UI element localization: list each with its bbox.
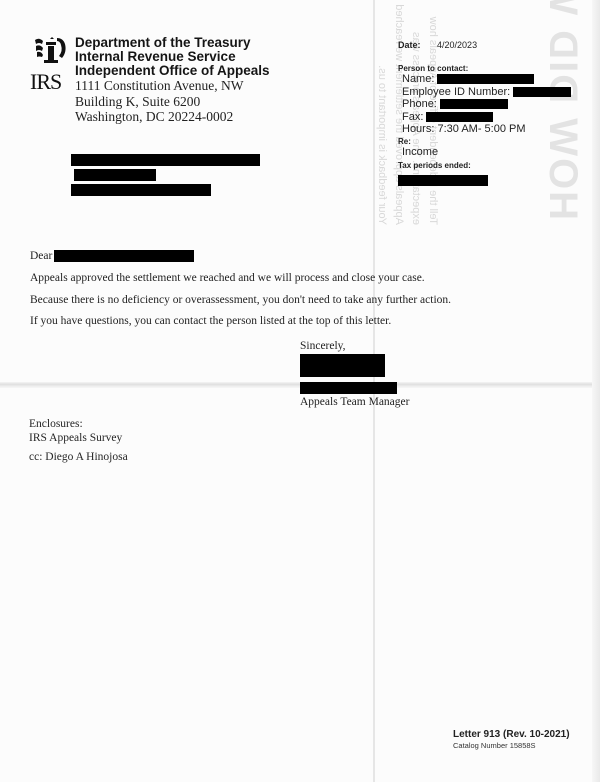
cc-line: cc: Diego A Hinojosa	[29, 450, 128, 464]
date-label: Date:	[398, 40, 421, 50]
redacted-signer-name	[300, 382, 397, 394]
date-value: 4/20/2023	[437, 40, 477, 50]
contact-name-row: Name:	[402, 73, 571, 86]
salutation-text: Dear	[30, 250, 52, 262]
address-line: Building K, Suite 6200	[75, 94, 244, 110]
redacted-recipient-line	[71, 154, 260, 166]
agency-line: Department of the Treasury	[75, 36, 270, 50]
signer-title: Appeals Team Manager	[300, 396, 409, 408]
phone-row: Phone:	[402, 98, 571, 111]
redacted-recipient-line	[74, 169, 156, 181]
paragraph: If you have questions, you can contact t…	[30, 315, 451, 327]
bleed-line: Your feedback is important to us.	[374, 4, 389, 225]
recipient-address	[71, 154, 260, 199]
address-line: 1111 Constitution Avenue, NW	[75, 78, 244, 94]
closing-block: Sincerely, Appeals Team Manager	[300, 340, 409, 408]
letter-page: HOW DID WE DO? Tell the Independent Offi…	[0, 0, 600, 782]
paragraph: Appeals approved the settlement we reach…	[30, 272, 451, 284]
redacted-signature	[300, 354, 385, 377]
phone-label: Phone:	[402, 98, 437, 110]
agency-line: Internal Revenue Service	[75, 50, 270, 64]
salutation: Dear	[30, 250, 451, 262]
fax-row: Fax:	[402, 111, 571, 124]
tax-periods-label: Tax periods ended:	[398, 161, 571, 170]
form-footer: Letter 913 (Rev. 10-2021) Catalog Number…	[453, 729, 570, 750]
employee-id-label: Employee ID Number:	[402, 86, 510, 98]
redacted-tax-periods	[398, 170, 571, 188]
contact-info-box: Date: 4/20/2023 Person to contact: Name:…	[398, 40, 571, 188]
redacted-employee-id	[513, 87, 571, 97]
enclosures-label: Enclosures:	[29, 417, 128, 431]
enclosure-item: IRS Appeals Survey	[29, 431, 128, 445]
form-number: Letter 913 (Rev. 10-2021)	[453, 729, 570, 740]
agency-address: 1111 Constitution Avenue, NW Building K,…	[75, 78, 244, 125]
irs-eagle-icon	[32, 36, 68, 66]
name-label: Name:	[402, 73, 434, 85]
redacted-recipient-line	[71, 184, 211, 196]
re-value: Income	[402, 146, 571, 159]
agency-name: Department of the Treasury Internal Reve…	[75, 36, 270, 78]
redacted-phone	[440, 99, 508, 109]
re-label: Re:	[398, 137, 571, 146]
catalog-number: Catalog Number 15858S	[453, 741, 570, 750]
logo-text: IRS	[30, 72, 70, 92]
closing-text: Sincerely,	[300, 340, 409, 352]
redacted-recipient-name	[54, 250, 194, 262]
redacted-name	[437, 74, 534, 84]
paragraph: Because there is no deficiency or overas…	[30, 294, 451, 306]
scan-edge	[592, 0, 600, 782]
address-line: Washington, DC 20224-0002	[75, 109, 244, 125]
contact-heading: Person to contact:	[398, 64, 571, 73]
hours-row: Hours: 7:30 AM- 5:00 PM	[402, 123, 571, 136]
agency-line: Independent Office of Appeals	[75, 64, 270, 78]
employee-id-row: Employee ID Number:	[402, 86, 571, 99]
redacted-fax	[426, 112, 493, 122]
irs-logo: IRS	[30, 36, 70, 92]
enclosures-block: Enclosures: IRS Appeals Survey cc: Diego…	[29, 417, 128, 464]
date-row: Date: 4/20/2023	[398, 40, 571, 50]
letter-body: Dear Appeals approved the settlement we …	[30, 250, 451, 337]
fax-label: Fax:	[402, 111, 423, 123]
